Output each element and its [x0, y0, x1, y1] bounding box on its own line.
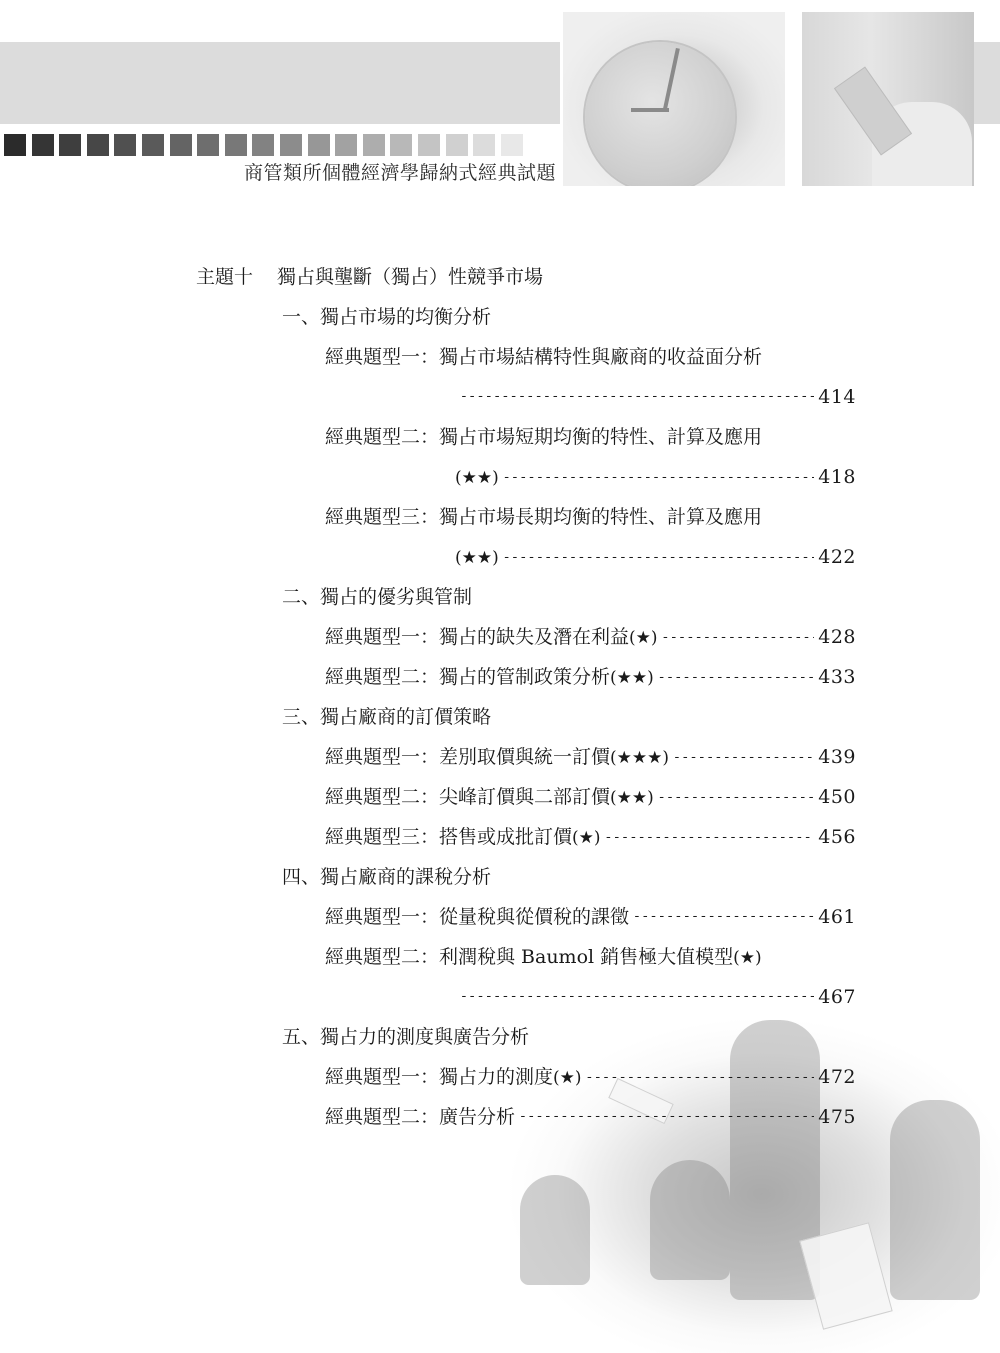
dot-leader: ----------------------------------------…: [658, 665, 814, 691]
paper-shape: [799, 1222, 892, 1330]
section-heading: 四、獨占廠商的課稅分析: [282, 864, 491, 890]
gradient-square: [280, 134, 302, 156]
page-number: 450: [818, 784, 856, 810]
toc-entry[interactable]: 經典題型一： 從量稅與從價稅的課徵 ----------------------…: [325, 904, 856, 930]
page-number: 422: [818, 544, 856, 570]
gradient-square: [32, 134, 54, 156]
gradient-square: [308, 134, 330, 156]
dot-leader: ----------------------------------------…: [519, 1104, 814, 1130]
difficulty-stars: (★★): [610, 785, 654, 811]
toc-entry[interactable]: 經典題型一： 獨占的缺失及潛在利益 (★) ------------------…: [325, 624, 856, 651]
toc-entry[interactable]: 經典題型一： 獨占市場結構特性與廠商的收益面分析: [325, 344, 762, 370]
gradient-square: [142, 134, 164, 156]
seated-person-shape: [890, 1100, 980, 1300]
page-number: 439: [818, 744, 856, 770]
gradient-square: [170, 134, 192, 156]
section-title: 一、獨占市場的均衡分析: [282, 304, 491, 330]
entry-label: 經典題型二：: [325, 1104, 439, 1130]
entry-title: 獨占市場結構特性與廠商的收益面分析: [439, 344, 762, 370]
entry-label: 經典題型一：: [325, 904, 439, 930]
dot-leader: ----------------------------------------…: [460, 384, 814, 410]
difficulty-stars: (★★★): [610, 745, 669, 771]
seated-person-shape: [520, 1175, 590, 1285]
dot-leader: ----------------------------------------…: [586, 1065, 815, 1091]
page-number: 467: [818, 984, 856, 1010]
section-heading: 三、獨占廠商的訂價策略: [282, 704, 491, 730]
difficulty-stars: (★): [553, 1065, 582, 1091]
difficulty-stars: (★★): [455, 465, 499, 491]
dot-leader: ----------------------------------------…: [658, 785, 814, 811]
chapter-label: 主題十: [196, 264, 253, 290]
gradient-square: [363, 134, 385, 156]
page-number: 414: [818, 384, 856, 410]
entry-label: 經典題型二：: [325, 944, 439, 970]
chapter-title: 獨占與壟斷（獨占）性競爭市場: [277, 264, 543, 290]
toc-entry-continuation[interactable]: ----------------------------------------…: [460, 384, 856, 410]
toc-entry[interactable]: 經典題型二： 利潤稅與 Baumol 銷售極大值模型 (★): [325, 944, 762, 971]
meeting-photo: [470, 1000, 1000, 1353]
page-number: 456: [818, 824, 856, 850]
entry-title: 銷售極大值模型: [600, 944, 733, 970]
difficulty-stars: (★): [733, 945, 762, 971]
dot-leader: ----------------------------------------…: [503, 545, 814, 571]
clock-dial: [585, 42, 735, 186]
chapter-heading: 主題十 獨占與壟斷（獨占）性競爭市場: [196, 264, 543, 290]
difficulty-stars: (★): [572, 825, 601, 851]
gradient-square: [501, 134, 523, 156]
entry-title: 獨占市場短期均衡的特性、計算及應用: [439, 424, 762, 450]
gradient-square: [59, 134, 81, 156]
page-number: 433: [818, 664, 856, 690]
difficulty-stars: (★): [629, 625, 658, 651]
dot-leader: ----------------------------------------…: [605, 825, 815, 851]
series-title: 商管類所個體經濟學歸納式經典試題: [212, 158, 556, 185]
gradient-square: [473, 134, 495, 156]
section-heading: 一、獨占市場的均衡分析: [282, 304, 491, 330]
toc-entry[interactable]: 經典題型三： 搭售或成批訂價 (★) ---------------------…: [325, 824, 856, 851]
gradient-square: [252, 134, 274, 156]
entry-label: 經典題型二：: [325, 424, 439, 450]
section-heading: 二、獨占的優劣與管制: [282, 584, 472, 610]
entry-title: 搭售或成批訂價: [439, 824, 572, 850]
gradient-square: [335, 134, 357, 156]
entry-title: 獨占的管制政策分析: [439, 664, 610, 690]
toc-entry[interactable]: 經典題型二： 獨占市場短期均衡的特性、計算及應用: [325, 424, 762, 450]
toc-entry[interactable]: 經典題型二： 獨占的管制政策分析 (★★) ------------------…: [325, 664, 856, 691]
gradient-squares: [4, 134, 523, 156]
gradient-square: [114, 134, 136, 156]
toc-entry-continuation[interactable]: (★★) -----------------------------------…: [455, 544, 856, 571]
page-number: 418: [818, 464, 856, 490]
clock-hand: [631, 108, 669, 112]
page-number: 428: [818, 624, 856, 650]
section-title: 五、獨占力的測度與廣告分析: [282, 1024, 529, 1050]
entry-title: 獨占的缺失及潛在利益: [439, 624, 629, 650]
entry-title: 利潤稅與: [439, 944, 515, 970]
page-number: 475: [818, 1104, 856, 1130]
entry-title: 差別取價與統一訂價: [439, 744, 610, 770]
section-title: 四、獨占廠商的課稅分析: [282, 864, 491, 890]
header-banner-band: [0, 42, 560, 124]
gradient-square: [87, 134, 109, 156]
entry-label: 經典題型二：: [325, 784, 439, 810]
toc-entry-continuation[interactable]: (★★) -----------------------------------…: [455, 464, 856, 491]
clock-photo: [563, 12, 785, 186]
toc-entry[interactable]: 經典題型二： 尖峰訂價與二部訂價 (★★) ------------------…: [325, 784, 856, 811]
gradient-square: [390, 134, 412, 156]
entry-label: 經典題型三：: [325, 824, 439, 850]
page-number: 461: [818, 904, 856, 930]
entry-label: 經典題型一：: [325, 1064, 439, 1090]
entry-title: 獨占力的測度: [439, 1064, 553, 1090]
toc-entry[interactable]: 經典題型一： 差別取價與統一訂價 (★★★) -----------------…: [325, 744, 856, 771]
toc-entry-continuation[interactable]: ----------------------------------------…: [460, 984, 856, 1010]
entry-label: 經典題型一：: [325, 344, 439, 370]
entry-label: 經典題型一：: [325, 744, 439, 770]
gradient-square: [197, 134, 219, 156]
entry-label: 經典題型一：: [325, 624, 439, 650]
page-number: 472: [818, 1064, 856, 1090]
money-photo: [802, 12, 974, 186]
gradient-square: [225, 134, 247, 156]
dot-leader: ----------------------------------------…: [673, 745, 814, 771]
section-heading: 五、獨占力的測度與廣告分析: [282, 1024, 529, 1050]
entry-title: 獨占市場長期均衡的特性、計算及應用: [439, 504, 762, 530]
difficulty-stars: (★★): [455, 545, 499, 571]
toc-entry[interactable]: 經典題型二： 廣告分析 ----------------------------…: [325, 1104, 856, 1130]
entry-title: 從量稅與從價稅的課徵: [439, 904, 629, 930]
section-title: 三、獨占廠商的訂價策略: [282, 704, 491, 730]
entry-label: 經典題型二：: [325, 664, 439, 690]
gradient-square: [418, 134, 440, 156]
dot-leader: ----------------------------------------…: [503, 465, 814, 491]
gradient-square: [446, 134, 468, 156]
entry-label: 經典題型三：: [325, 504, 439, 530]
dot-leader: ----------------------------------------…: [633, 904, 814, 930]
entry-title: 尖峰訂價與二部訂價: [439, 784, 610, 810]
entry-title: 廣告分析: [439, 1104, 515, 1130]
gradient-square: [4, 134, 26, 156]
difficulty-stars: (★★): [610, 665, 654, 691]
section-title: 二、獨占的優劣與管制: [282, 584, 472, 610]
seated-person-shape: [650, 1160, 730, 1280]
dot-leader: ----------------------------------------…: [460, 984, 814, 1010]
entry-title-latin: Baumol: [521, 944, 594, 970]
toc-entry[interactable]: 經典題型一： 獨占力的測度 (★) ----------------------…: [325, 1064, 856, 1091]
toc-entry[interactable]: 經典題型三： 獨占市場長期均衡的特性、計算及應用: [325, 504, 762, 530]
dot-leader: ----------------------------------------…: [662, 625, 815, 651]
